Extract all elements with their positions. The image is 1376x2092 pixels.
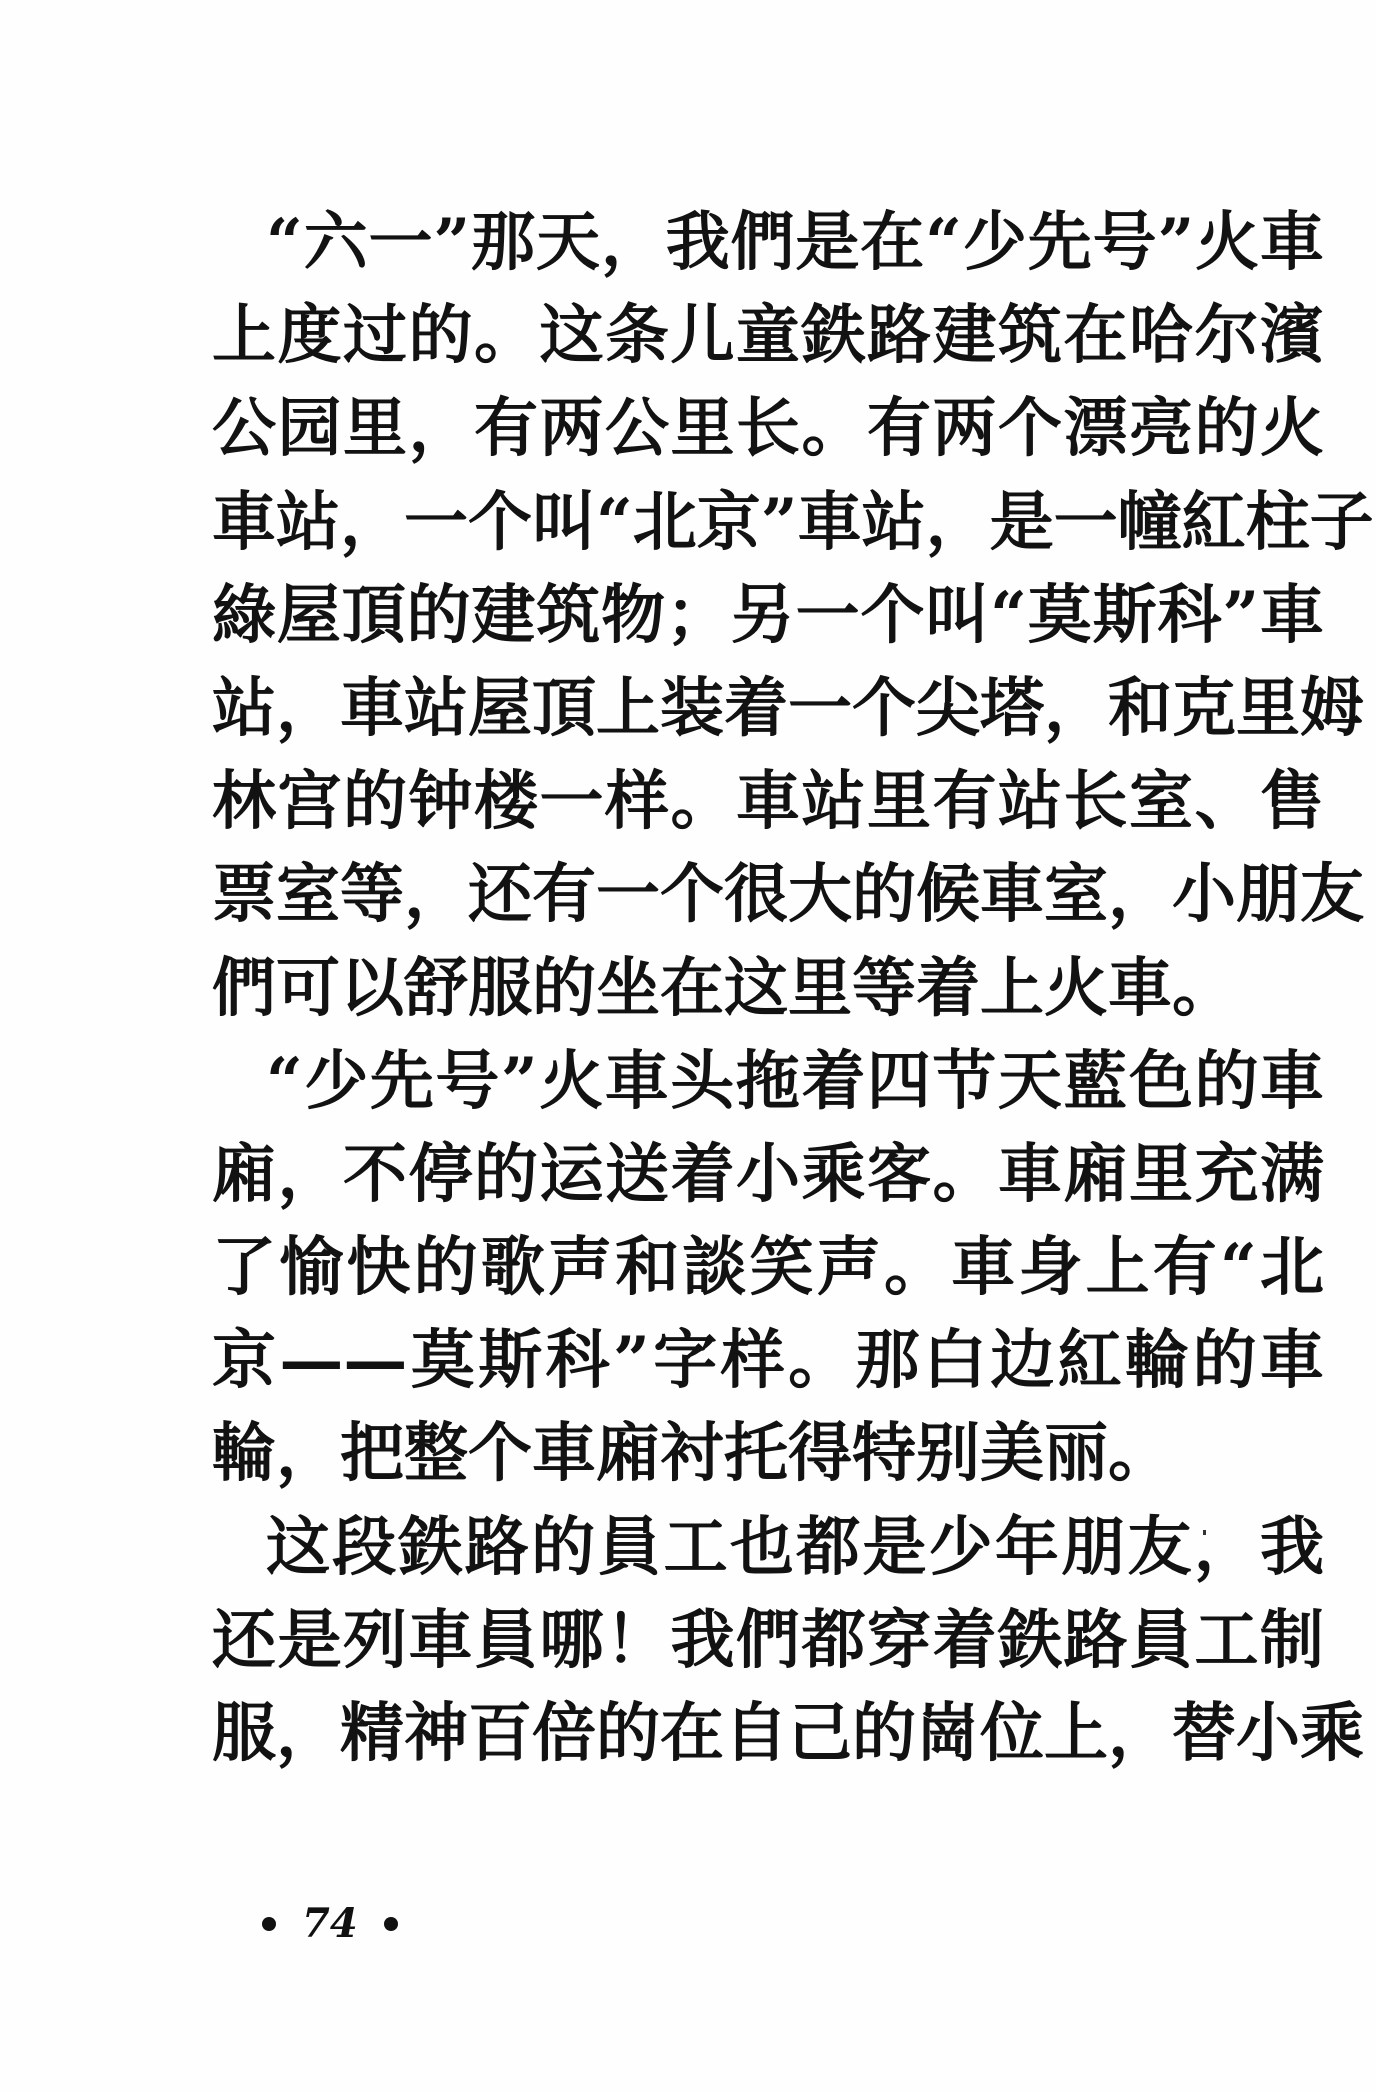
text-line: 服，精神百倍的在自己的崗位上，替小乘: [212, 1687, 1324, 1780]
text-line: 上度过的。这条儿童鉄路建筑在哈尔濱: [212, 289, 1324, 382]
print-speck: [1203, 1530, 1206, 1535]
text-line: “少先号”火車头拖着四节天藍色的車: [212, 1035, 1324, 1128]
text-line: 站，車站屋頂上装着一个尖塔，和克里姆: [212, 662, 1324, 755]
text-line: 了愉快的歌声和談笑声。車身上有“北: [212, 1221, 1324, 1314]
book-page: “六一”那天，我們是在“少先号”火車 上度过的。这条儿童鉄路建筑在哈尔濱 公园里…: [0, 0, 1376, 2092]
text-line: 林宫的钟楼一样。車站里有站长室、售: [212, 755, 1324, 848]
text-line: 車站，一个叫“北京”車站，是一幢紅柱子: [212, 476, 1324, 569]
text-line: 还是列車員哪！我們都穿着鉄路員工制: [212, 1594, 1324, 1687]
bullet-dot-icon: [262, 1917, 276, 1931]
text-line: 們可以舒服的坐在这里等着上火車。: [212, 942, 1324, 1035]
text-line: 京——莫斯科”字样。那白边紅輪的車: [212, 1314, 1324, 1407]
text-line: 公园里，有两公里长。有两个漂亮的火: [212, 382, 1324, 475]
text-line: 綠屋頂的建筑物；另一个叫“莫斯科”車: [212, 569, 1324, 662]
text-line: 輪，把整个車廂衬托得特别美丽。: [212, 1407, 1324, 1500]
text-line: 这段鉄路的員工也都是少年朋友，我: [212, 1501, 1324, 1594]
text-line: 廂，不停的运送着小乘客。車廂里充满: [212, 1128, 1324, 1221]
body-text: “六一”那天，我們是在“少先号”火車 上度过的。这条儿童鉄路建筑在哈尔濱 公园里…: [212, 196, 1324, 1780]
text-line: 票室等，还有一个很大的候車室，小朋友: [212, 848, 1324, 941]
bullet-dot-icon: [384, 1917, 398, 1931]
text-line: “六一”那天，我們是在“少先号”火車: [212, 196, 1324, 289]
page-number-value: 74: [302, 1900, 358, 1947]
page-number: 74: [262, 1900, 398, 1947]
